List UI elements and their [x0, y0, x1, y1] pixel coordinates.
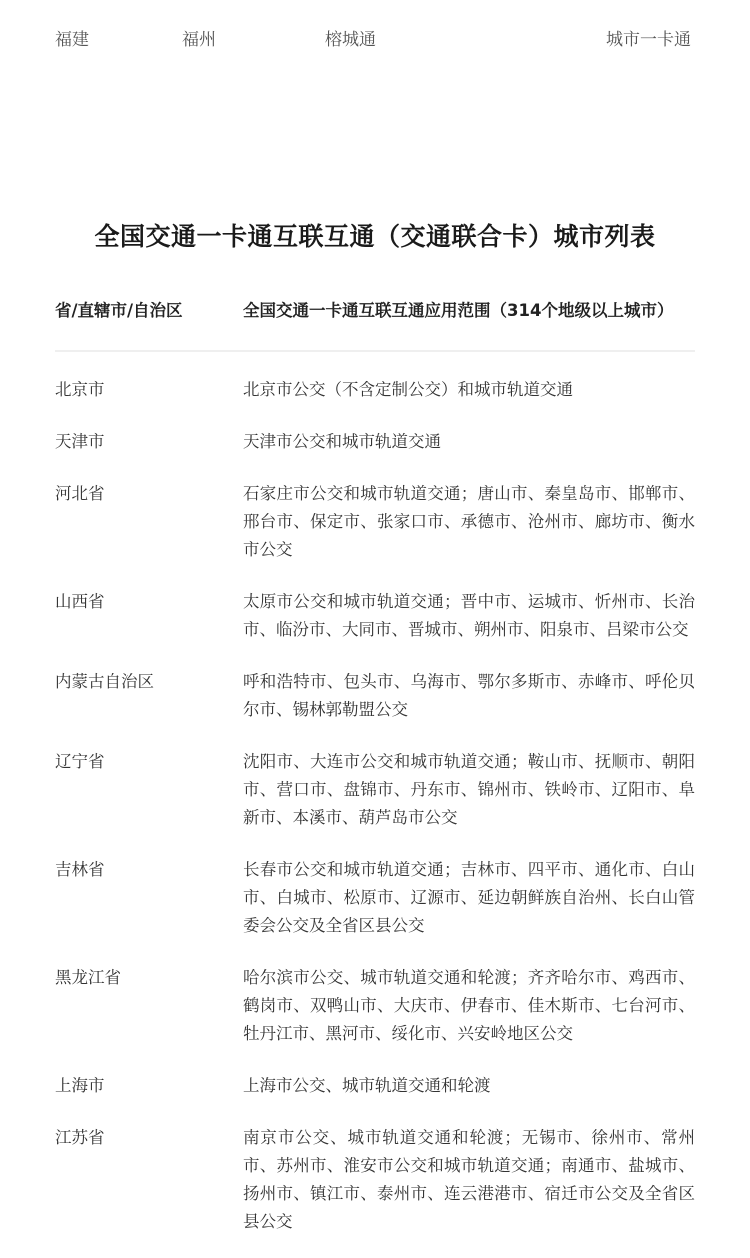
province-cell: 黑龙江省 — [55, 964, 243, 1048]
page-title: 全国交通一卡通互联互通（交通联合卡）城市列表 — [0, 217, 750, 257]
breadcrumb-item-rongchengtong[interactable]: 榕城通 — [325, 26, 376, 54]
province-cell: 山西省 — [55, 588, 243, 644]
table-row: 吉林省 长春市公交和城市轨道交通；吉林市、四平市、通化市、白山市、白城市、松原市… — [55, 856, 695, 940]
city-table-body: 北京市 北京市公交（不含定制公交）和城市轨道交通 天津市 天津市公交和城市轨道交… — [55, 376, 695, 1258]
scope-cell: 太原市公交和城市轨道交通；晋中市、运城市、忻州市、长治市、临汾市、大同市、晋城市… — [243, 588, 695, 644]
scope-cell: 呼和浩特市、包头市、乌海市、鄂尔多斯市、赤峰市、呼伦贝尔市、锡林郭勒盟公交 — [243, 668, 695, 724]
breadcrumb-item-fujian[interactable]: 福建 — [55, 26, 89, 54]
column-header-scope: 全国交通一卡通互联互通应用范围（314个地级以上城市） — [243, 296, 673, 326]
scope-cell: 哈尔滨市公交、城市轨道交通和轮渡；齐齐哈尔市、鸡西市、鹤岗市、双鸭山市、大庆市、… — [243, 964, 695, 1048]
province-cell: 河北省 — [55, 480, 243, 564]
breadcrumb: 福建 福州 榕城通 城市一卡通 — [0, 26, 750, 54]
province-cell: 吉林省 — [55, 856, 243, 940]
table-row: 内蒙古自治区 呼和浩特市、包头市、乌海市、鄂尔多斯市、赤峰市、呼伦贝尔市、锡林郭… — [55, 668, 695, 724]
scope-cell: 沈阳市、大连市公交和城市轨道交通；鞍山市、抚顺市、朝阳市、营口市、盘锦市、丹东市… — [243, 748, 695, 832]
table-row: 江苏省 南京市公交、城市轨道交通和轮渡；无锡市、徐州市、常州市、苏州市、淮安市公… — [55, 1124, 695, 1236]
header-divider — [55, 350, 695, 352]
table-row: 山西省 太原市公交和城市轨道交通；晋中市、运城市、忻州市、长治市、临汾市、大同市… — [55, 588, 695, 644]
province-cell: 辽宁省 — [55, 748, 243, 832]
province-cell: 江苏省 — [55, 1124, 243, 1236]
table-row: 辽宁省 沈阳市、大连市公交和城市轨道交通；鞍山市、抚顺市、朝阳市、营口市、盘锦市… — [55, 748, 695, 832]
province-cell: 内蒙古自治区 — [55, 668, 243, 724]
breadcrumb-item-city-card[interactable]: 城市一卡通 — [606, 26, 691, 54]
scope-cell: 天津市公交和城市轨道交通 — [243, 428, 695, 456]
table-header: 省/直辖市/自治区 全国交通一卡通互联互通应用范围（314个地级以上城市） — [55, 296, 695, 326]
breadcrumb-item-fuzhou[interactable]: 福州 — [182, 26, 216, 54]
scope-cell: 南京市公交、城市轨道交通和轮渡；无锡市、徐州市、常州市、苏州市、淮安市公交和城市… — [243, 1124, 695, 1236]
province-cell: 天津市 — [55, 428, 243, 456]
province-cell: 上海市 — [55, 1072, 243, 1100]
scope-cell: 上海市公交、城市轨道交通和轮渡 — [243, 1072, 695, 1100]
scope-cell: 北京市公交（不含定制公交）和城市轨道交通 — [243, 376, 695, 404]
table-row: 河北省 石家庄市公交和城市轨道交通；唐山市、秦皇岛市、邯郸市、邢台市、保定市、张… — [55, 480, 695, 564]
scope-cell: 长春市公交和城市轨道交通；吉林市、四平市、通化市、白山市、白城市、松原市、辽源市… — [243, 856, 695, 940]
scope-cell: 石家庄市公交和城市轨道交通；唐山市、秦皇岛市、邯郸市、邢台市、保定市、张家口市、… — [243, 480, 695, 564]
table-row: 北京市 北京市公交（不含定制公交）和城市轨道交通 — [55, 376, 695, 404]
table-row: 上海市 上海市公交、城市轨道交通和轮渡 — [55, 1072, 695, 1100]
table-row: 黑龙江省 哈尔滨市公交、城市轨道交通和轮渡；齐齐哈尔市、鸡西市、鹤岗市、双鸭山市… — [55, 964, 695, 1048]
column-header-province: 省/直辖市/自治区 — [55, 296, 183, 326]
province-cell: 北京市 — [55, 376, 243, 404]
table-row: 天津市 天津市公交和城市轨道交通 — [55, 428, 695, 456]
